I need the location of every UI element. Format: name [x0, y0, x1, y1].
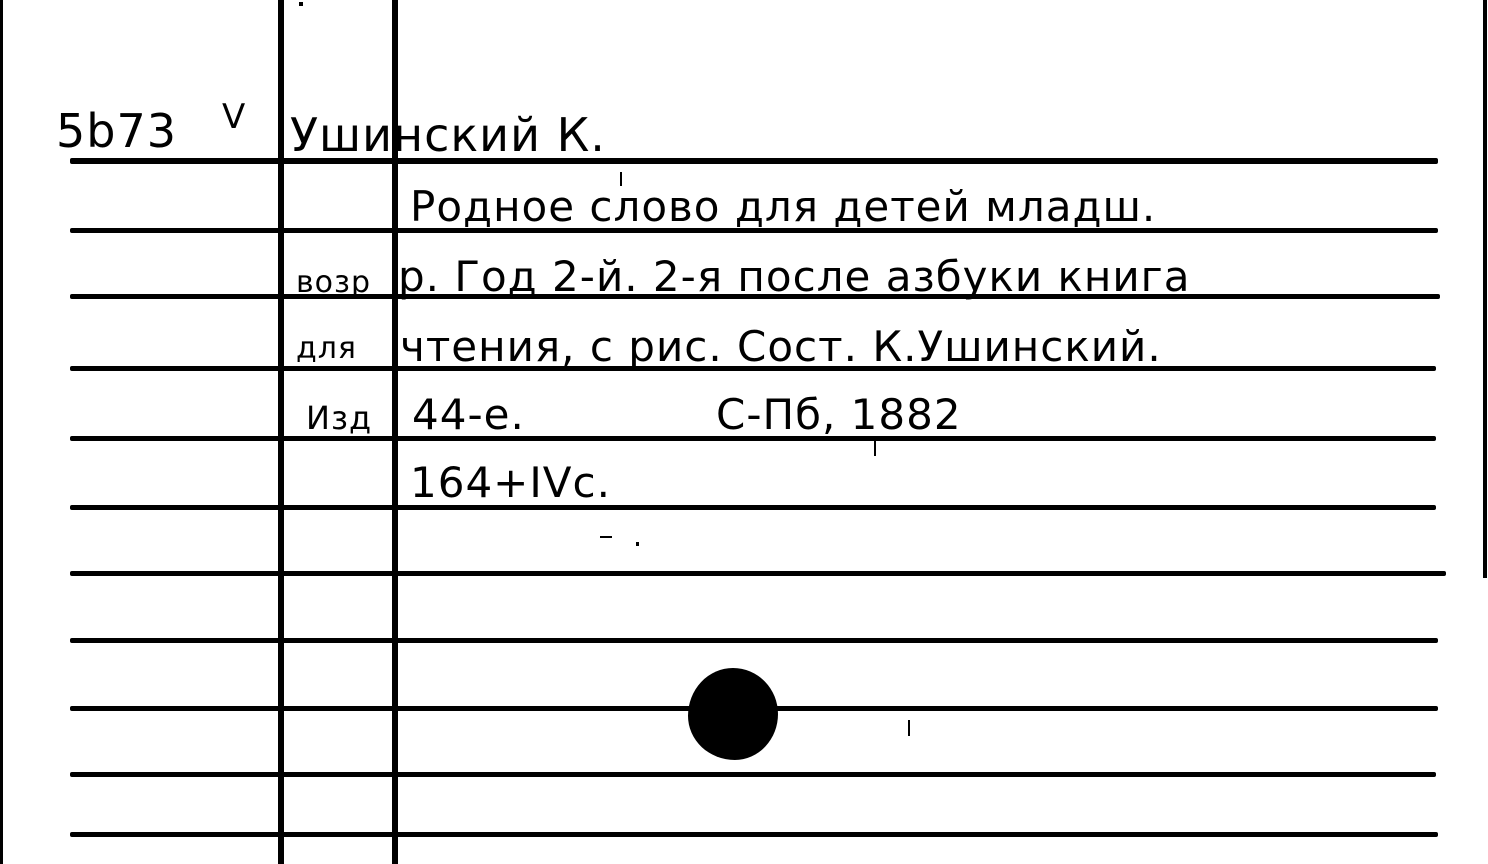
ruled-line — [70, 832, 1438, 837]
ruled-line — [70, 505, 1436, 510]
author-heading: Ушинский К. — [290, 112, 606, 158]
speck — [620, 172, 622, 186]
entry-line-pagination: 164+IVс. — [410, 462, 611, 504]
speck — [299, 2, 303, 6]
margin-rule-outer — [278, 0, 284, 864]
speck — [636, 542, 639, 546]
catalog-card: 5b73 V Ушинский К. возр для Изд Родное с… — [0, 0, 1488, 864]
card-left-edge — [0, 0, 3, 864]
ruled-line — [70, 571, 1446, 576]
margin-fragment: для — [296, 334, 357, 364]
ruled-line — [70, 772, 1436, 777]
speck — [874, 440, 876, 456]
card-right-edge — [1483, 0, 1487, 578]
margin-fragment: возр — [296, 268, 371, 298]
entry-line-subtitle: р. Год 2-й. 2-я после азбуки книга — [398, 256, 1190, 298]
punch-hole — [688, 668, 778, 760]
entry-line-title: Родное слово для детей младш. — [410, 186, 1156, 228]
speck — [908, 720, 910, 736]
margin-fragment: Изд — [306, 402, 372, 434]
entry-line-compiler: чтения, с рис. Сост. К.Ушинский. — [400, 326, 1162, 368]
speck — [600, 536, 612, 538]
call-number-mark: V — [222, 100, 246, 134]
ruled-line — [70, 158, 1438, 164]
ruled-line — [70, 638, 1438, 643]
entry-line-imprint: С-Пб, 1882 — [716, 394, 962, 436]
entry-line-edition: 44-е. — [412, 394, 525, 436]
call-number: 5b73 — [56, 108, 177, 154]
